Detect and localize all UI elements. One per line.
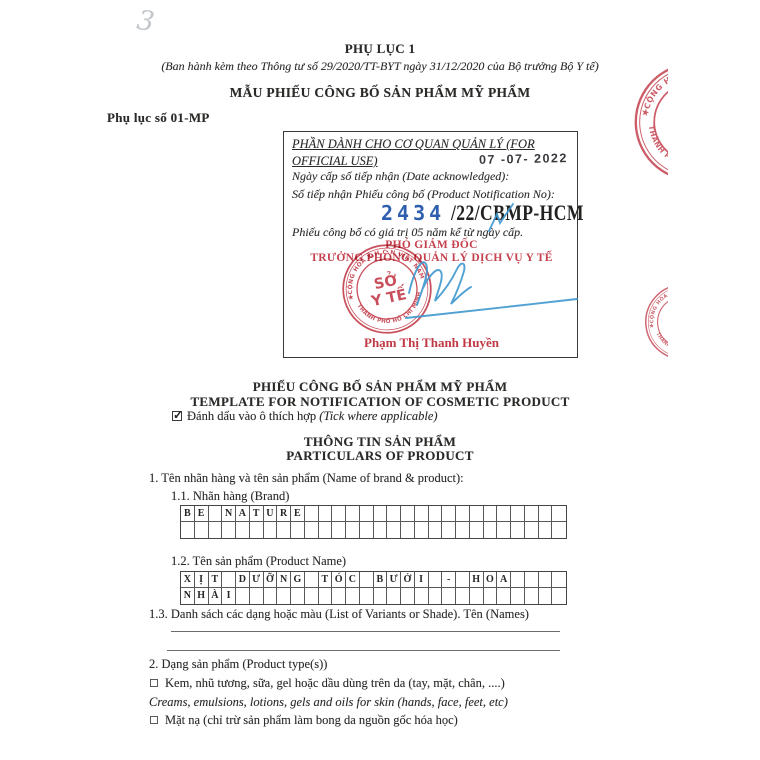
grid-cell: [442, 506, 456, 522]
grid-cell: R: [277, 506, 291, 522]
grid-cell: H: [470, 572, 484, 588]
product-type-option-1-text: Kem, nhũ tương, sữa, gel hoặc dầu dùng t…: [165, 676, 505, 690]
grid-cell: [539, 588, 553, 604]
grid-cell: [305, 506, 319, 522]
grid-cell: [401, 506, 415, 522]
appendix-number: Phụ lục số 01-MP: [107, 110, 210, 126]
grid-cell: [539, 522, 553, 538]
grid-cell: [346, 506, 360, 522]
grid-cell: B: [181, 506, 195, 522]
grid-cell: [346, 522, 360, 538]
grid-cell: [291, 522, 305, 538]
product-name-grid: XỊTDƯỠNGTÓCBƯỞI-HOANHÀI: [180, 571, 567, 605]
grid-cell: [484, 506, 498, 522]
grid-cell: X: [181, 572, 195, 588]
grid-cell: [470, 588, 484, 604]
grid-cell: Ư: [387, 572, 401, 588]
grid-cell: [525, 572, 539, 588]
grid-cell: [387, 588, 401, 604]
appendix-title: PHỤ LỤC 1: [0, 41, 760, 57]
grid-cell: [456, 588, 470, 604]
notification-number-suffix: /22/CBMP-HCM: [451, 200, 584, 226]
notification-title-en: TEMPLATE FOR NOTIFICATION OF COSMETIC PR…: [0, 394, 760, 410]
grid-cell: [374, 522, 388, 538]
grid-cell: [552, 506, 566, 522]
grid-cell: C: [346, 572, 360, 588]
grid-cell: [429, 506, 443, 522]
grid-cell: -: [442, 572, 456, 588]
grid-cell: G: [291, 572, 305, 588]
edge-seal-partial-lower: [645, 284, 668, 360]
grid-cell: A: [236, 506, 250, 522]
check-icon: ✓: [173, 408, 183, 423]
checkbox-empty-icon: [150, 716, 158, 724]
variants-blank-line-2: [167, 650, 560, 651]
grid-cell: [456, 506, 470, 522]
tick-note-text-en: (Tick where applicable): [319, 409, 437, 423]
product-type-option-1: Kem, nhũ tương, sữa, gel hoặc dầu dùng t…: [150, 676, 505, 691]
tick-note-checkbox-checked: ✓: [172, 411, 182, 421]
grid-cell: [236, 522, 250, 538]
grid-cell: [442, 588, 456, 604]
official-use-box: PHẦN DÀNH CHO CƠ QUAN QUẢN LÝ (FOR OFFIC…: [283, 131, 578, 358]
product-type-option-2-text: Mặt nạ (chỉ trừ sản phẩm làm bong da ngu…: [165, 713, 458, 727]
grid-cell: N: [181, 588, 195, 604]
grid-cell: [222, 572, 236, 588]
item-1-2-label: 1.2. Tên sản phẩm (Product Name): [171, 554, 346, 569]
grid-cell: [497, 506, 511, 522]
grid-cell: [360, 572, 374, 588]
date-acknowledged-label: Ngày cấp số tiếp nhận (Date acknowledged…: [292, 169, 509, 184]
grid-cell: [525, 506, 539, 522]
grid-cell: [511, 588, 525, 604]
checkbox-empty-icon: [150, 679, 158, 687]
grid-cell: [332, 588, 346, 604]
notification-number: 2434/22/CBMP-HCM: [284, 200, 579, 226]
grid-cell: [332, 522, 346, 538]
grid-cell: [236, 588, 250, 604]
grid-cell: [525, 588, 539, 604]
grid-cell: [305, 572, 319, 588]
grid-cell: [319, 588, 333, 604]
grid-cell: [374, 588, 388, 604]
grid-cell: [429, 522, 443, 538]
scanned-document-page: CỘNG HÒA X.H.C.N VIỆT NAM THÀNH PHỐ HỒ C…: [0, 0, 760, 760]
grid-cell: [456, 522, 470, 538]
grid-cell: [470, 522, 484, 538]
grid-cell: Ở: [401, 572, 415, 588]
grid-cell: [511, 506, 525, 522]
grid-cell: [552, 572, 566, 588]
grid-cell: I: [415, 572, 429, 588]
grid-cell: [181, 522, 195, 538]
grid-cell: [429, 588, 443, 604]
grid-cell: [401, 522, 415, 538]
notification-number-stamped: 2434: [381, 201, 445, 225]
item-1-3-label: 1.3. Danh sách các dạng hoặc màu (List o…: [149, 607, 529, 622]
tick-note: ✓Đánh dấu vào ô thích hợp (Tick where ap…: [172, 409, 438, 424]
grid-cell: [277, 588, 291, 604]
grid-cell: [305, 522, 319, 538]
item-1-label: 1. Tên nhãn hàng và tên sản phẩm (Name o…: [149, 471, 464, 486]
grid-cell: [415, 522, 429, 538]
grid-cell: À: [209, 588, 223, 604]
grid-cell: [305, 588, 319, 604]
grid-cell: [250, 588, 264, 604]
grid-cell: [539, 506, 553, 522]
grid-cell: [511, 572, 525, 588]
notification-title-vi: PHIẾU CÔNG BỐ SẢN PHẨM MỸ PHẨM: [0, 379, 760, 395]
grid-cell: [497, 588, 511, 604]
grid-cell: I: [222, 588, 236, 604]
grid-cell: [209, 506, 223, 522]
grid-cell: [209, 522, 223, 538]
grid-cell: [319, 506, 333, 522]
grid-cell: [387, 506, 401, 522]
grid-cell: [387, 522, 401, 538]
product-type-option-1-en: Creams, emulsions, lotions, gels and oil…: [149, 695, 508, 710]
grid-cell: [360, 522, 374, 538]
grid-cell: Ị: [195, 572, 209, 588]
grid-cell: [374, 506, 388, 522]
grid-cell: T: [319, 572, 333, 588]
grid-cell: [401, 588, 415, 604]
grid-cell: T: [250, 506, 264, 522]
edge-seal-partial-upper: [629, 57, 668, 187]
grid-cell: T: [209, 572, 223, 588]
grid-cell: A: [497, 572, 511, 588]
product-type-option-2: Mặt nạ (chỉ trừ sản phẩm làm bong da ngu…: [150, 713, 458, 728]
grid-cell: Ư: [250, 572, 264, 588]
grid-cell: [497, 522, 511, 538]
grid-cell: [552, 522, 566, 538]
grid-cell: [470, 506, 484, 522]
grid-cell: [319, 522, 333, 538]
department-of-health-seal: [322, 224, 452, 354]
grid-cell: [346, 588, 360, 604]
grid-cell: O: [484, 572, 498, 588]
grid-cell: Ỡ: [264, 572, 278, 588]
grid-cell: [429, 572, 443, 588]
variants-blank-line-1: [171, 631, 560, 632]
item-2-label: 2. Dạng sản phẩm (Product type(s)): [149, 657, 327, 672]
grid-cell: N: [277, 572, 291, 588]
grid-cell: [415, 506, 429, 522]
grid-cell: N: [222, 506, 236, 522]
grid-cell: H: [195, 588, 209, 604]
section-title-en: PARTICULARS OF PRODUCT: [0, 448, 760, 464]
grid-cell: [456, 572, 470, 588]
grid-cell: U: [264, 506, 278, 522]
date-received-stamp: 07 -07- 2022: [479, 151, 568, 167]
grid-cell: [484, 588, 498, 604]
grid-cell: Ó: [332, 572, 346, 588]
grid-cell: [264, 522, 278, 538]
grid-cell: [195, 522, 209, 538]
grid-cell: [250, 522, 264, 538]
grid-cell: E: [195, 506, 209, 522]
grid-cell: [415, 588, 429, 604]
brand-name-grid: BENATURE: [180, 505, 567, 539]
grid-cell: [277, 522, 291, 538]
tick-note-text-vi: Đánh dấu vào ô thích hợp: [187, 409, 319, 423]
grid-cell: [360, 588, 374, 604]
grid-cell: [539, 572, 553, 588]
grid-cell: D: [236, 572, 250, 588]
grid-cell: B: [374, 572, 388, 588]
grid-cell: [484, 522, 498, 538]
item-1-1-label: 1.1. Nhãn hàng (Brand): [171, 489, 289, 504]
grid-cell: [264, 588, 278, 604]
grid-cell: E: [291, 506, 305, 522]
grid-cell: [332, 506, 346, 522]
grid-cell: [442, 522, 456, 538]
grid-cell: [511, 522, 525, 538]
grid-cell: [360, 506, 374, 522]
grid-cell: [525, 522, 539, 538]
handwritten-page-mark: 3: [135, 5, 157, 38]
grid-cell: [291, 588, 305, 604]
grid-cell: [222, 522, 236, 538]
grid-cell: [552, 588, 566, 604]
